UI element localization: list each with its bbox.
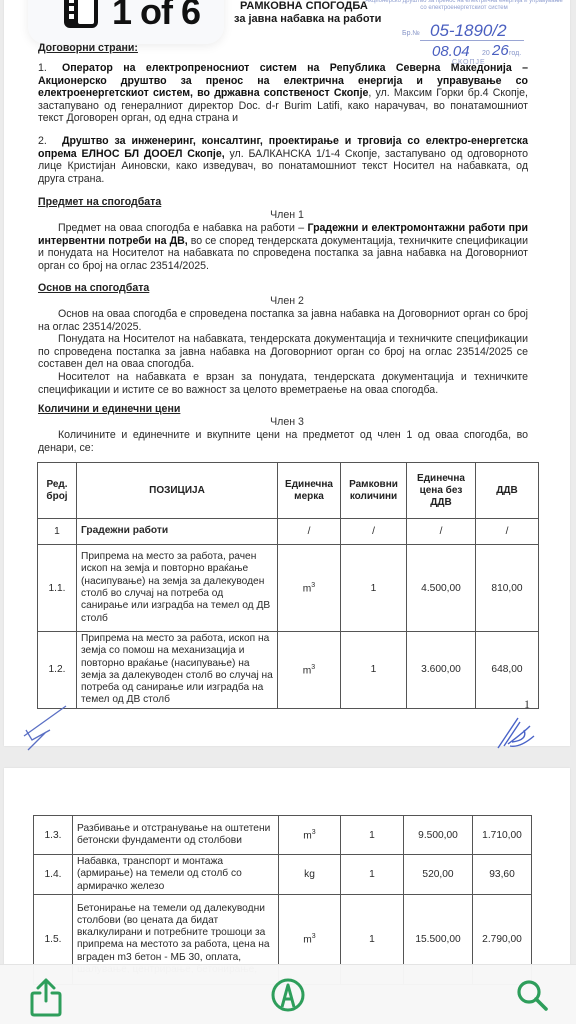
position-cell-text: Припрема на место за работа, рачен ископ… xyxy=(81,551,270,623)
unit-price-cell-text: 15.500,00 xyxy=(415,934,460,945)
position-cell-text: Набавка, транспорт и монтажа (армирање) … xyxy=(77,856,242,892)
row-number-cell-text: 1.5. xyxy=(45,934,62,945)
vat-cell: 810,00 xyxy=(476,545,539,632)
search-button[interactable] xyxy=(514,977,550,1013)
unit-cell: kg xyxy=(279,855,341,895)
quantity-cell: 1 xyxy=(341,632,407,709)
vat-cell: / xyxy=(476,519,539,545)
unit-superscript: 3 xyxy=(311,582,315,589)
document-title: РАМКОВНА СПОГОДБА за јавна набавка на ра… xyxy=(234,0,381,26)
table-header-row: Ред. број ПОЗИЦИЈА Единечна мерка Рамков… xyxy=(38,463,539,519)
party-2: 2.Друштво за инженеринг, консалтинг, про… xyxy=(38,135,528,185)
quantity-cell: 1 xyxy=(341,855,404,895)
section-2-article: Член 2 xyxy=(4,295,570,307)
row-number-cell: 1 xyxy=(38,519,77,545)
signature-left-icon xyxy=(16,702,76,752)
header-unit: Единечна мерка xyxy=(278,463,341,519)
header-vat: ДДВ xyxy=(476,463,539,519)
table-row: 1Градежни работи//// xyxy=(38,519,539,545)
markup-button[interactable] xyxy=(270,977,306,1013)
unit-price-cell: 3.600,00 xyxy=(407,632,476,709)
unit-cell-text: / xyxy=(308,526,311,537)
stamp-year-suffix: год. xyxy=(509,50,521,57)
section-3-heading: Количини и единечни цени xyxy=(38,403,180,415)
quantity-cell: 1 xyxy=(341,816,404,855)
header-quantity: Рамковни количини xyxy=(341,463,407,519)
vat-cell: 93,60 xyxy=(473,855,532,895)
unit-superscript: 3 xyxy=(312,933,316,940)
section-1-text-pre: Предмет на оваа спогодба е набавка на ра… xyxy=(58,222,307,234)
unit-price-cell: 4.500,00 xyxy=(407,545,476,632)
section-2-heading: Основ на спогодбата xyxy=(38,282,149,294)
section-1-heading: Предмет на спогодбата xyxy=(38,196,161,208)
unit-cell-text: m xyxy=(303,830,312,841)
position-cell: Припрема на место за работа, ископ на зе… xyxy=(77,632,278,709)
stamp-header: Акционерско друштво за пренос на електри… xyxy=(364,0,564,12)
vat-cell-text: / xyxy=(506,526,509,537)
share-button[interactable] xyxy=(28,977,64,1013)
title-line-1: РАМКОВНА СПОГОДБА xyxy=(234,0,381,13)
row-number-cell: 1.2. xyxy=(38,632,77,709)
row-number-cell: 1.3. xyxy=(34,816,73,855)
row-number-cell-text: 1.2. xyxy=(49,664,66,675)
unit-cell-text: kg xyxy=(304,869,315,880)
row-number-cell-text: 1.4. xyxy=(45,869,62,880)
table-row: 1.3.Разбивање и отстранување на оштетени… xyxy=(34,816,532,855)
title-line-2: за јавна набавка на работи xyxy=(234,13,381,26)
unit-superscript: 3 xyxy=(311,664,315,671)
position-cell: Градежни работи xyxy=(77,519,278,545)
quantity-cell-text: 1 xyxy=(369,934,375,945)
row-number-cell: 1.4. xyxy=(34,855,73,895)
position-cell-text: Припрема на место за работа, ископ на зе… xyxy=(81,633,273,705)
section-2-paragraph-1: Основ на оваа спогодба е спроведена пост… xyxy=(38,308,528,333)
position-cell: Набавка, транспорт и монтажа (армирање) … xyxy=(73,855,279,895)
party-1-number: 1. xyxy=(38,62,62,75)
row-number-cell: 1.1. xyxy=(38,545,77,632)
row-number-cell-text: 1.3. xyxy=(45,830,62,841)
unit-price-cell-text: 4.500,00 xyxy=(421,583,461,594)
page-number: 1 xyxy=(524,697,530,712)
quantity-cell-text: 1 xyxy=(369,830,375,841)
bottom-toolbar xyxy=(0,964,576,1024)
vat-cell-text: 810,00 xyxy=(491,583,522,594)
stamp-date: 08.04 xyxy=(432,43,470,60)
unit-cell: m3 xyxy=(278,632,341,709)
unit-price-cell: / xyxy=(407,519,476,545)
vat-cell-text: 648,00 xyxy=(491,664,522,675)
stamp-number-label: Бр.№ xyxy=(402,30,420,37)
vat-cell-text: 2.790,00 xyxy=(482,934,522,945)
position-cell: Припрема на место за работа, рачен ископ… xyxy=(77,545,278,632)
prices-table-page-1: Ред. број ПОЗИЦИЈА Единечна мерка Рамков… xyxy=(37,462,539,709)
quantity-cell-text: 1 xyxy=(371,583,377,594)
unit-price-cell: 9.500,00 xyxy=(404,816,473,855)
unit-cell: m3 xyxy=(278,545,341,632)
unit-price-cell-text: 3.600,00 xyxy=(421,664,461,675)
header-position: ПОЗИЦИЈА xyxy=(77,463,278,519)
pages-icon xyxy=(62,0,100,30)
section-3-article: Член 3 xyxy=(4,416,570,428)
markup-pen-icon xyxy=(270,977,306,1013)
section-3-text: Количините и единечните и вкупните цени … xyxy=(38,429,528,454)
stamp-line xyxy=(420,40,524,41)
unit-price-cell: 520,00 xyxy=(404,855,473,895)
position-cell-text: Градежни работи xyxy=(81,525,168,536)
signature-right-icon xyxy=(494,712,544,752)
page-indicator: 1 of 6 xyxy=(28,0,224,44)
unit-cell-text: m xyxy=(303,935,312,946)
vat-cell-text: 1.710,00 xyxy=(482,830,522,841)
table-row: 1.4.Набавка, транспорт и монтажа (армира… xyxy=(34,855,532,895)
vat-cell: 1.710,00 xyxy=(473,816,532,855)
quantity-cell-text: / xyxy=(372,526,375,537)
document-page-1: РАМКОВНА СПОГОДБА за јавна набавка на ра… xyxy=(4,0,570,746)
quantity-cell-text: 1 xyxy=(369,869,375,880)
row-number-cell-text: 1 xyxy=(54,526,60,537)
stamp-number: 05-1890/2 xyxy=(430,21,507,41)
page-indicator-text: 1 of 6 xyxy=(112,0,200,30)
share-icon xyxy=(28,977,64,1017)
prices-table-page-2: 1.3.Разбивање и отстранување на оштетени… xyxy=(33,815,532,985)
position-cell-text: Разбивање и отстранување на оштетени бет… xyxy=(77,823,270,846)
unit-price-cell-text: 9.500,00 xyxy=(418,830,458,841)
table-row: 1.1.Припрема на место за работа, рачен и… xyxy=(38,545,539,632)
header-unit-price: Единечна цена без ДДВ xyxy=(407,463,476,519)
unit-price-cell-text: / xyxy=(440,526,443,537)
quantity-cell-text: 1 xyxy=(371,664,377,675)
quantity-cell: / xyxy=(341,519,407,545)
registration-stamp: Акционерско друштво за пренос на електри… xyxy=(364,0,564,12)
unit-cell: / xyxy=(278,519,341,545)
stamp-year-prefix: 20 xyxy=(482,50,490,57)
vat-cell-text: 93,60 xyxy=(489,869,515,880)
table-row: 1.2.Припрема на место за работа, ископ н… xyxy=(38,632,539,709)
search-icon xyxy=(514,977,550,1013)
unit-cell: m3 xyxy=(279,816,341,855)
party-1: 1.Оператор на електропреносниот систем н… xyxy=(38,62,528,125)
unit-price-cell-text: 520,00 xyxy=(422,869,453,880)
section-2-paragraph-2: Понудата на Носителот на набавката, тенд… xyxy=(38,333,528,371)
unit-superscript: 3 xyxy=(312,829,316,836)
section-2-paragraph-3: Носителот на набавката е врзан за понуда… xyxy=(38,371,528,396)
header-row-number: Ред. број xyxy=(38,463,77,519)
party-2-number: 2. xyxy=(38,135,62,148)
row-number-cell-text: 1.1. xyxy=(49,583,66,594)
section-1-text: Предмет на оваа спогодба е набавка на ра… xyxy=(38,222,528,272)
stamp-year: 26 xyxy=(492,42,509,59)
section-1-article: Член 1 xyxy=(4,209,570,221)
quantity-cell: 1 xyxy=(341,545,407,632)
position-cell: Разбивање и отстранување на оштетени бет… xyxy=(73,816,279,855)
